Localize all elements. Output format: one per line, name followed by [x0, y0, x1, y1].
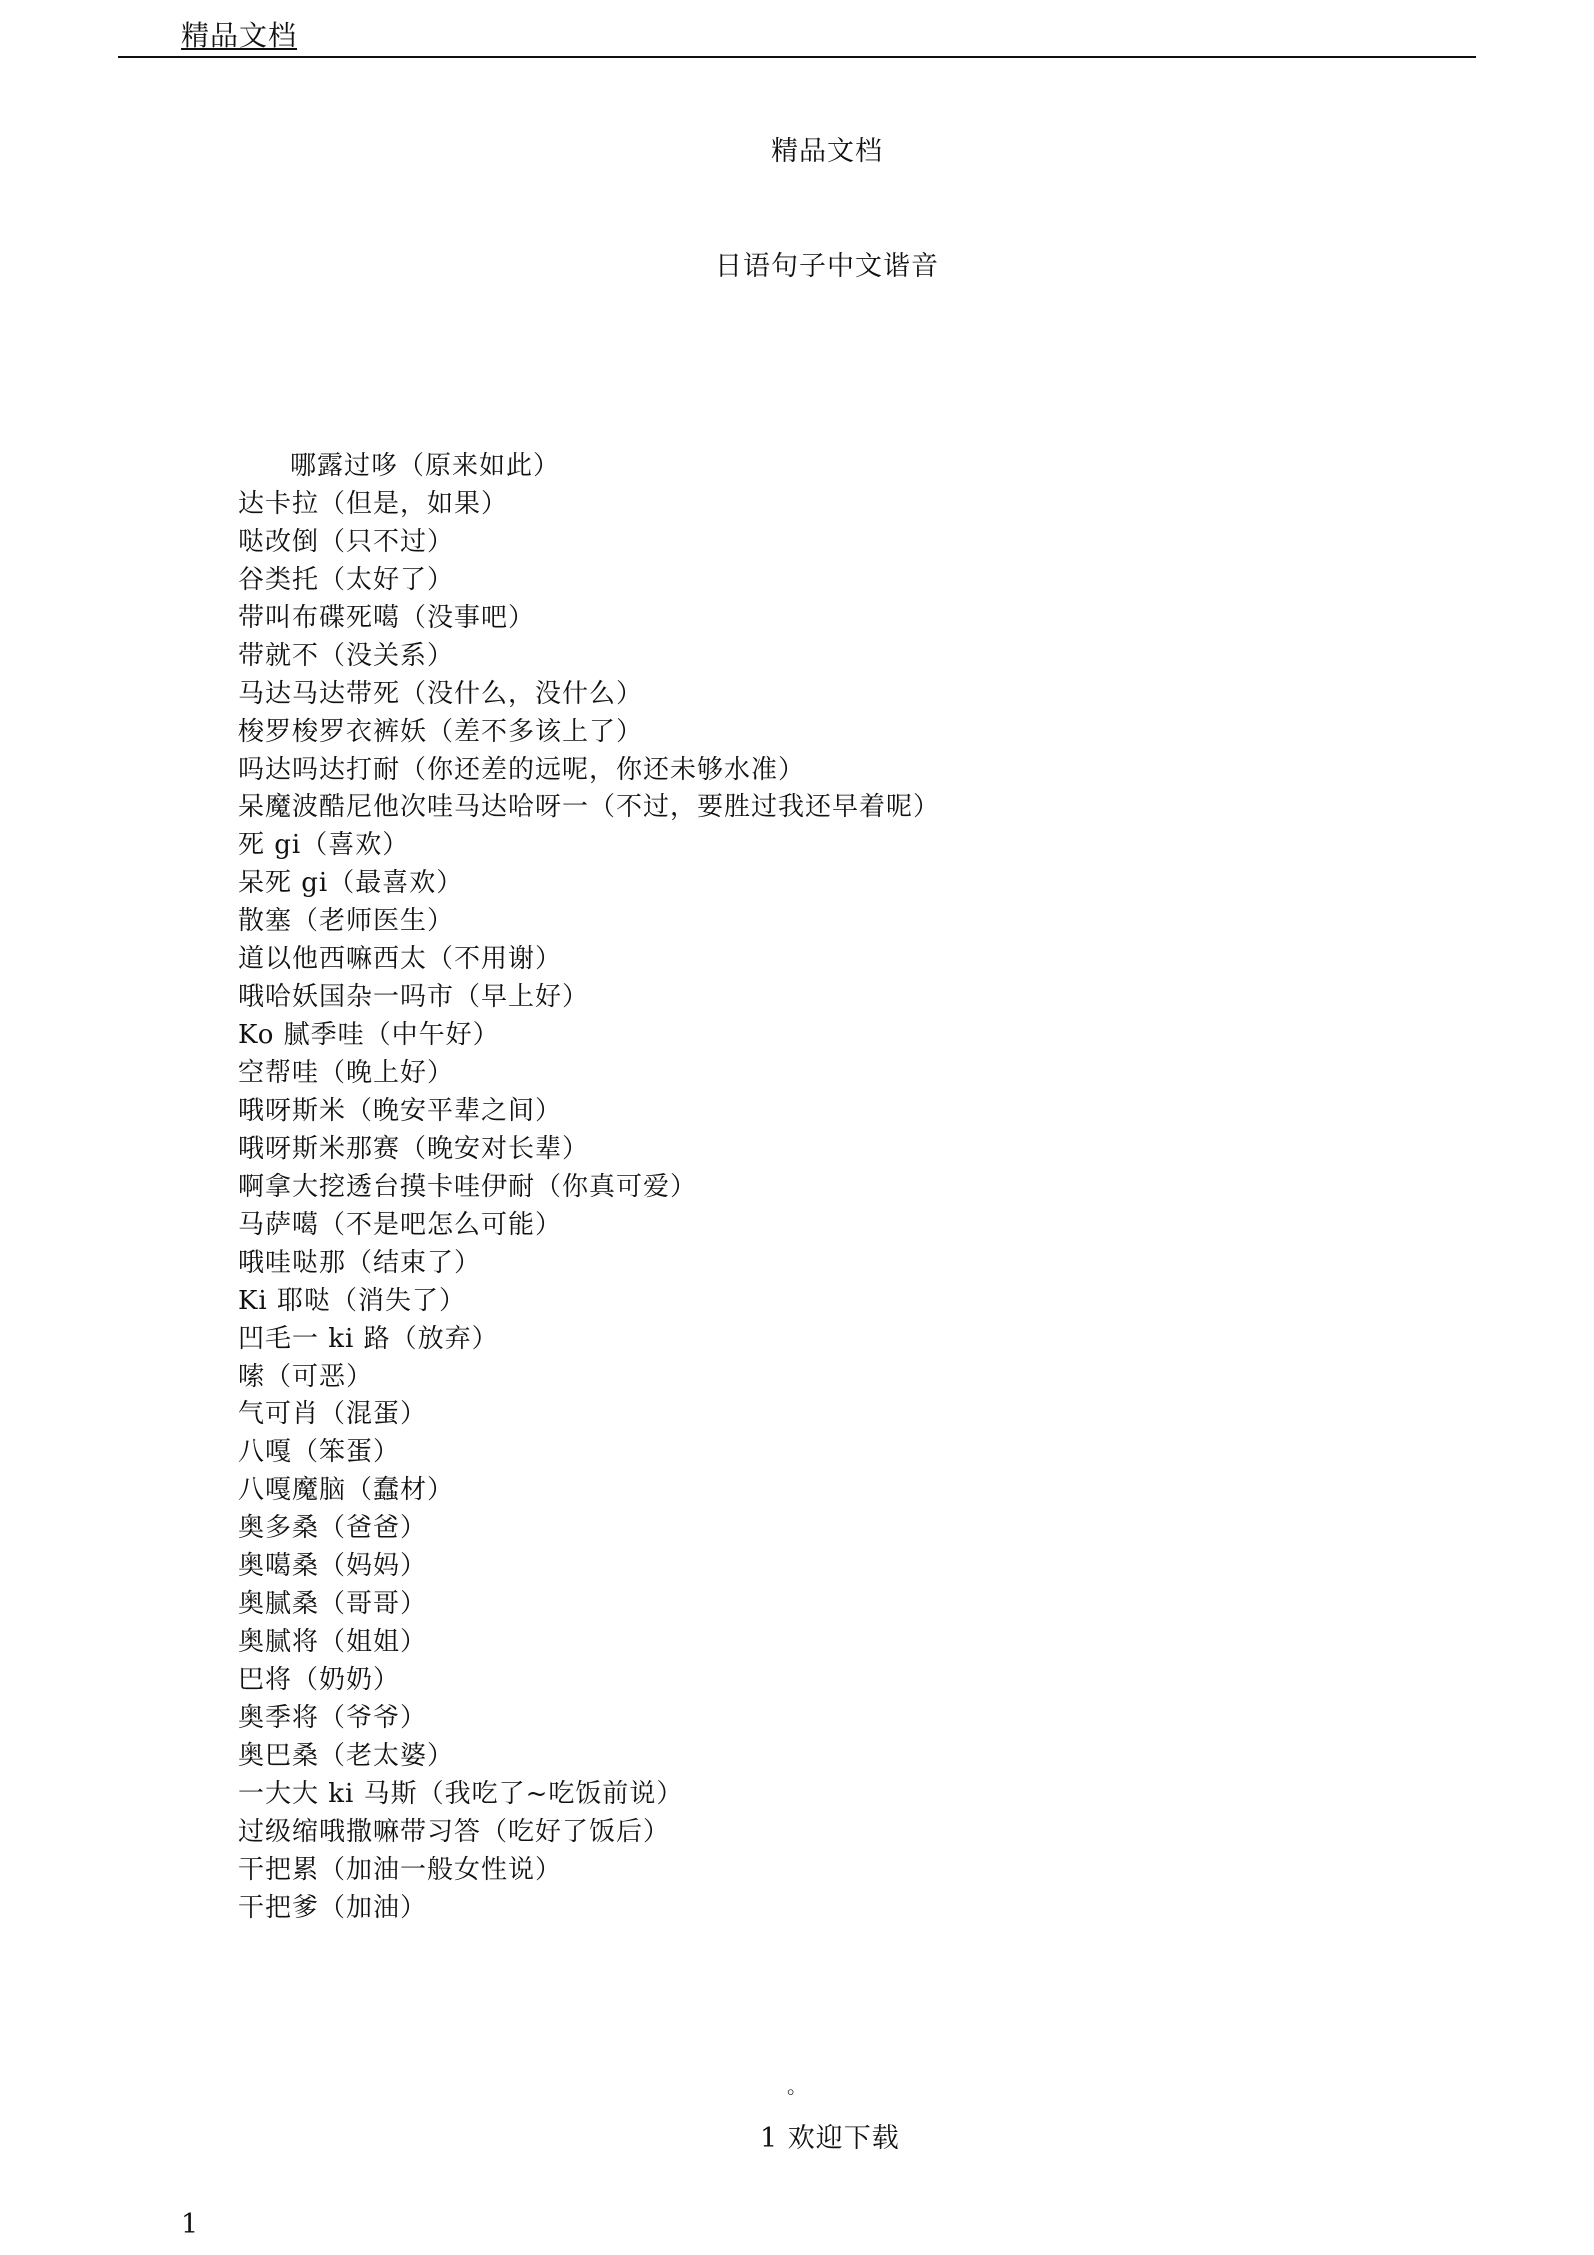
phrase-item: 奥噶桑（妈妈）: [238, 1548, 940, 1586]
phrase-item: 呆魔波酷尼他次哇马达哈呀一（不过，要胜过我还早着呢）: [238, 789, 940, 827]
phrase-item: 哦哈妖国杂一吗市（早上好）: [238, 979, 940, 1017]
phrase-item: 谷类托（太好了）: [238, 562, 940, 600]
phrase-item: 呆死 gi（最喜欢）: [238, 865, 940, 903]
phrase-item: 啊拿大挖透台摸卡哇伊耐（你真可爱）: [238, 1169, 940, 1207]
phrase-item: 气可肖（混蛋）: [238, 1396, 940, 1434]
end-mark: 。: [787, 2076, 807, 2096]
phrase-item: 带叫布碟死噶（没事吧）: [238, 600, 940, 638]
running-header: 精品文档: [181, 20, 297, 52]
phrase-item: 梭罗梭罗衣裤妖（差不多该上了）: [238, 714, 940, 752]
phrase-item: 马达马达带死（没什么，没什么）: [238, 676, 940, 714]
phrase-item: 八嘎魔脑（蠢材）: [238, 1472, 940, 1510]
phrase-item: 哦呀斯米（晚安平辈之间）: [238, 1093, 940, 1131]
phrase-item: 嗦（可恶）: [238, 1359, 940, 1397]
phrase-item: 死 gi（喜欢）: [238, 827, 940, 865]
phrase-item: 八嘎（笨蛋）: [238, 1434, 940, 1472]
phrase-item: 哦哇哒那（结束了）: [238, 1245, 940, 1283]
phrase-item: Ko 腻季哇（中午好）: [238, 1017, 940, 1055]
phrase-item: 散塞（老师医生）: [238, 903, 940, 941]
phrase-item: 马萨噶（不是吧怎么可能）: [238, 1207, 940, 1245]
phrase-item: 哒改倒（只不过）: [238, 524, 940, 562]
phrase-item: 哦呀斯米那赛（晚安对长辈）: [238, 1131, 940, 1169]
phrase-item: 奥巴桑（老太婆）: [238, 1738, 940, 1776]
phrase-item: 奥腻将（姐姐）: [238, 1624, 940, 1662]
phrase-item: 带就不（没关系）: [238, 638, 940, 676]
phrase-item: 一大大 ki 马斯（我吃了~吃饭前说）: [238, 1776, 940, 1814]
phrase-item: 干把累（加油一般女性说）: [238, 1852, 940, 1890]
phrase-item: 奥腻桑（哥哥）: [238, 1586, 940, 1624]
document-subtitle: 日语句子中文谐音: [0, 252, 1594, 282]
phrase-item: 巴将（奶奶）: [238, 1662, 940, 1700]
footer-text: 1 欢迎下载: [760, 2124, 900, 2154]
phrase-item: 吗达吗达打耐（你还差的远呢，你还未够水准）: [238, 752, 940, 790]
phrase-list: 哪露过哆（原来如此） 达卡拉（但是，如果） 哒改倒（只不过） 谷类托（太好了） …: [238, 448, 940, 1928]
phrase-item: 奥多桑（爸爸）: [238, 1510, 940, 1548]
phrase-item: 空帮哇（晚上好）: [238, 1055, 940, 1093]
phrase-item: 道以他西嘛西太（不用谢）: [238, 941, 940, 979]
page-number: 1: [181, 2210, 198, 2240]
phrase-item: 达卡拉（但是，如果）: [238, 486, 940, 524]
header-rule: [118, 56, 1476, 58]
document-title: 精品文档: [0, 137, 1594, 167]
phrase-item: Ki 耶哒（消失了）: [238, 1283, 940, 1321]
phrase-item: 干把爹（加油）: [238, 1890, 940, 1928]
phrase-item: 凹毛一 ki 路（放弃）: [238, 1321, 940, 1359]
phrase-item: 过级缩哦撒嘛带习答（吃好了饭后）: [238, 1814, 940, 1852]
phrase-item: 哪露过哆（原来如此）: [238, 448, 940, 486]
phrase-item: 奥季将（爷爷）: [238, 1700, 940, 1738]
